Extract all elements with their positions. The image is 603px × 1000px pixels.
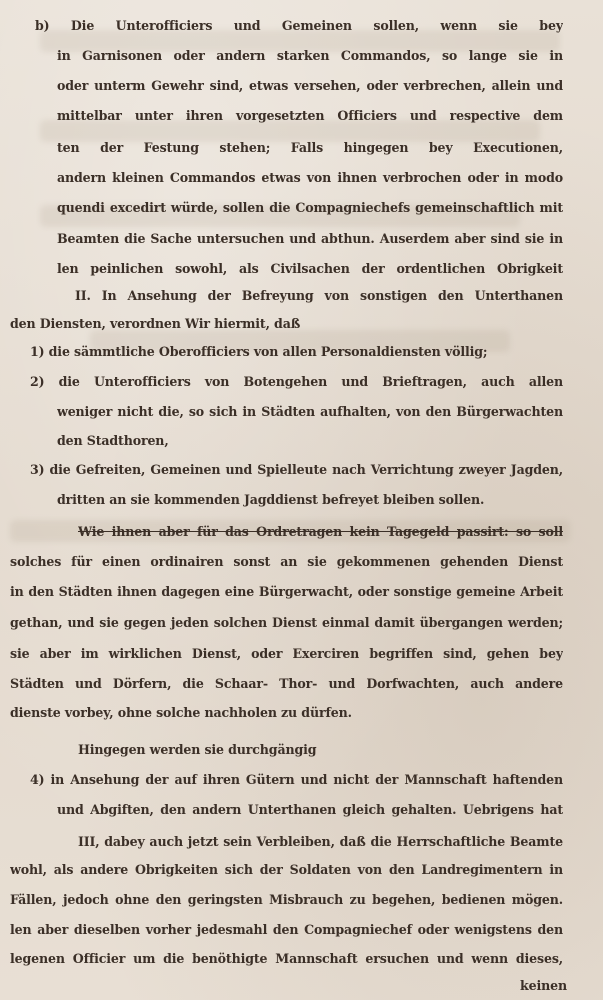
- text-line: b) Die Unterofficiers und Gemeinen solle…: [35, 18, 563, 35]
- text-line: Beamten die Sache untersuchen und abthun…: [57, 231, 563, 248]
- text-line: gethan, und sie gegen jeden solchen Dien…: [10, 615, 563, 632]
- text-line: andern kleinen Commandos etwas von ihnen…: [57, 170, 563, 187]
- catchword: keinen: [520, 978, 567, 994]
- list-item-3: 3) die Gefreiten, Gemeinen und Spielleut…: [30, 462, 563, 479]
- text-line: len aber dieselben vorher jedesmahl den …: [10, 922, 563, 939]
- text-line: Fällen, jedoch ohne den geringsten Misbr…: [10, 892, 563, 909]
- text-line: len peinlichen sowohl, als Civilsachen d…: [57, 261, 563, 278]
- text-line: legenen Officier um die benöthigte Manns…: [10, 951, 563, 968]
- text-line: den Stadthoren,: [57, 433, 169, 449]
- text-line: in den Städten ihnen dagegen eine Bürger…: [10, 584, 563, 601]
- document-page: b) Die Unterofficiers und Gemeinen solle…: [0, 0, 603, 1000]
- text-line: dritten an sie kommenden Jagddienst befr…: [57, 492, 484, 508]
- text-line: in Garnisonen oder andern starken Comman…: [57, 48, 563, 65]
- list-item-2: 2) die Unterofficiers von Botengehen und…: [30, 374, 563, 391]
- text-line: mittelbar unter ihren vorgesetzten Offic…: [57, 108, 563, 125]
- text-line: solches für einen ordinairen sonst an si…: [10, 554, 563, 571]
- text-line: und Abgiften, den andern Unterthanen gle…: [57, 802, 563, 819]
- text-line: den Diensten, verordnen Wir hiermit, daß: [10, 316, 300, 332]
- text-line: ten der Festung stehen; Falls hingegen b…: [57, 140, 563, 157]
- text-line: Städten und Dörfern, die Schaar- Thor- u…: [10, 676, 563, 693]
- text-line: dienste vorbey, ohne solche nachholen zu…: [10, 705, 352, 721]
- text-line: oder unterm Gewehr sind, etwas versehen,…: [57, 78, 563, 95]
- list-item-4: 4) in Ansehung der auf ihren Gütern und …: [30, 772, 563, 789]
- text-line: Hingegen werden sie durchgängig: [78, 742, 316, 758]
- text-line: quendi excedirt würde, sollen die Compag…: [57, 200, 563, 217]
- section-heading-III: III, dabey auch jetzt sein Verbleiben, d…: [78, 834, 563, 851]
- text-line: sie aber im wirklichen Dienst, oder Exer…: [10, 646, 563, 663]
- list-item-1: 1) die sämmtliche Oberofficiers von alle…: [30, 344, 487, 360]
- text-line: weniger nicht die, so sich in Städten au…: [57, 404, 563, 421]
- text-line: wohl, als andere Obrigkeiten sich der So…: [10, 862, 563, 879]
- text-line: Wie ihnen aber für das Ordretragen kein …: [78, 524, 563, 541]
- section-heading-II: II. In Ansehung der Befreyung von sonsti…: [75, 288, 563, 305]
